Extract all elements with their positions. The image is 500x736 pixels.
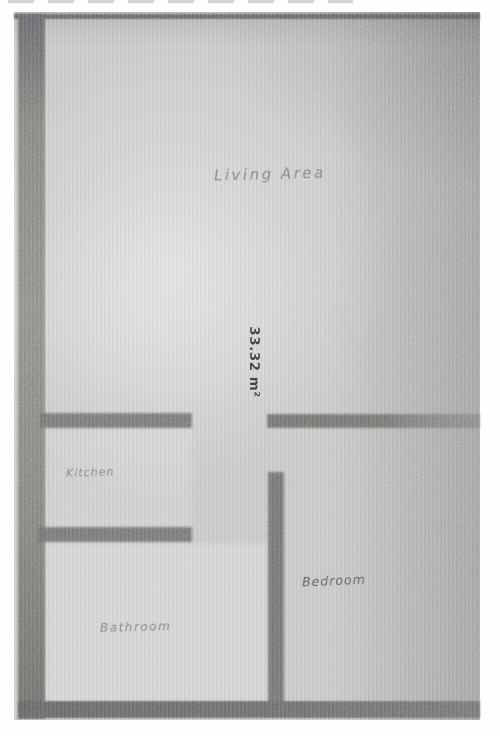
wall-left-exterior <box>18 14 45 719</box>
label-kitchen: Kitchen <box>66 465 115 480</box>
wall-top-exterior <box>14 14 480 19</box>
wall-bottom-exterior <box>18 701 480 718</box>
wall-kitchen-bathroom <box>38 527 192 542</box>
wall-kitchen-living <box>40 413 192 428</box>
wall-living-bedroom <box>267 414 480 428</box>
label-bedroom: Bedroom <box>302 572 366 590</box>
label-bathroom: Bathroom <box>100 619 172 635</box>
wall-bathroom-bedroom <box>268 472 284 703</box>
floorplan-paper: Living Area 33.32 m² Kitchen Bedroom Bat… <box>14 12 480 720</box>
label-area-measurement: 33.32 m² <box>244 318 264 406</box>
scanner-artifact-dashes <box>8 0 353 3</box>
scanned-floorplan-page: Living Area 33.32 m² Kitchen Bedroom Bat… <box>0 0 500 736</box>
label-living-area: Living Area <box>214 164 326 185</box>
